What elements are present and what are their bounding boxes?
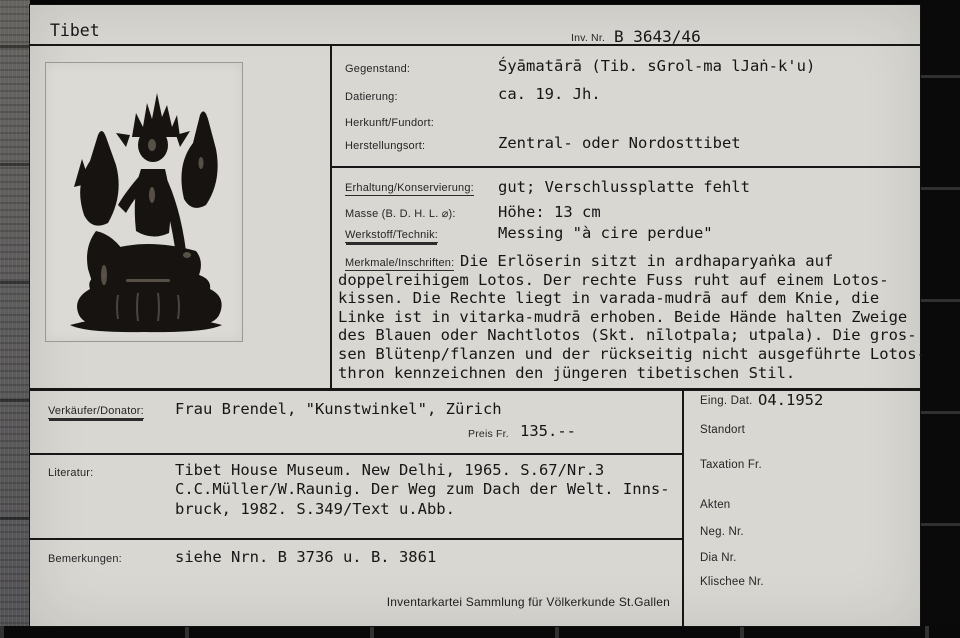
literatur-bemerkungen-divider: [30, 538, 682, 540]
merkmale-text: Die Erlöserin sitzt in ardhaparyaṅka auf…: [338, 252, 930, 382]
verkaeufer-literatur-divider: [30, 453, 682, 455]
werkstoff-label: Werkstoff/Technik:: [345, 229, 438, 243]
standort-label: Standort: [700, 424, 745, 436]
herkunft-label: Herkunft/Fundort:: [345, 117, 434, 129]
herstellungsort-value: Zentral- oder Nordosttibet: [498, 134, 741, 153]
condition-section-divider: [330, 166, 920, 168]
erhaltung-label: Erhaltung/Konservierung:: [345, 182, 474, 196]
akten-label: Akten: [700, 499, 730, 511]
masse-value: Höhe: 13 cm: [498, 203, 601, 222]
collection-title: Tibet: [50, 22, 100, 41]
header-divider: [30, 44, 920, 46]
tara-statue-illustration: [46, 63, 242, 341]
eing-dat-label: Eing. Dat.: [700, 395, 753, 407]
neg-nr-label: Neg. Nr.: [700, 526, 744, 538]
card-footer: Inventarkartei Sammlung für Völkerkunde …: [330, 595, 670, 609]
photo-panel-divider: [330, 44, 332, 389]
literatur-label: Literatur:: [48, 467, 93, 479]
inv-nr-label: Inv. Nr.: [571, 32, 605, 44]
gegenstand-label: Gegenstand:: [345, 63, 410, 75]
preis-value: 135.--: [520, 422, 576, 441]
verkaeufer-label: Verkäufer/Donator:: [48, 405, 144, 419]
gegenstand-value: Śyāmatārā (Tib. sGrol-ma lJaṅ-k'u): [498, 57, 815, 76]
datierung-label: Datierung:: [345, 91, 398, 103]
eing-dat-value: O4.1952: [758, 391, 823, 410]
taxation-label: Taxation Fr.: [700, 459, 762, 471]
masse-label: Masse (B. D. H. L. ⌀):: [345, 207, 456, 220]
herstellungsort-label: Herstellungsort:: [345, 140, 425, 152]
bemerkungen-value: siehe Nrn. B 3736 u. B. 3861: [175, 548, 436, 567]
erhaltung-value: gut; Verschlussplatte fehlt: [498, 178, 750, 197]
datierung-value: ca. 19. Jh.: [498, 85, 601, 104]
background-wall-left: [0, 0, 30, 638]
bemerkungen-label: Bemerkungen:: [48, 553, 122, 565]
background-wall-bottom: [0, 626, 960, 638]
preis-label: Preis Fr.: [468, 428, 509, 440]
literatur-value: Tibet House Museum. New Delhi, 1965. S.6…: [175, 461, 690, 519]
artifact-photo: [45, 62, 243, 342]
photographed-inventory-card-scene: Tibet Inv. Nr. B 3643/46: [0, 0, 960, 638]
verkaeufer-value: Frau Brendel, "Kunstwinkel", Zürich: [175, 400, 502, 419]
werkstoff-value: Messing "à cire perdue": [498, 224, 713, 243]
inventory-card: Tibet Inv. Nr. B 3643/46: [30, 5, 920, 626]
klischee-nr-label: Klischee Nr.: [700, 576, 764, 588]
dia-nr-label: Dia Nr.: [700, 552, 737, 564]
